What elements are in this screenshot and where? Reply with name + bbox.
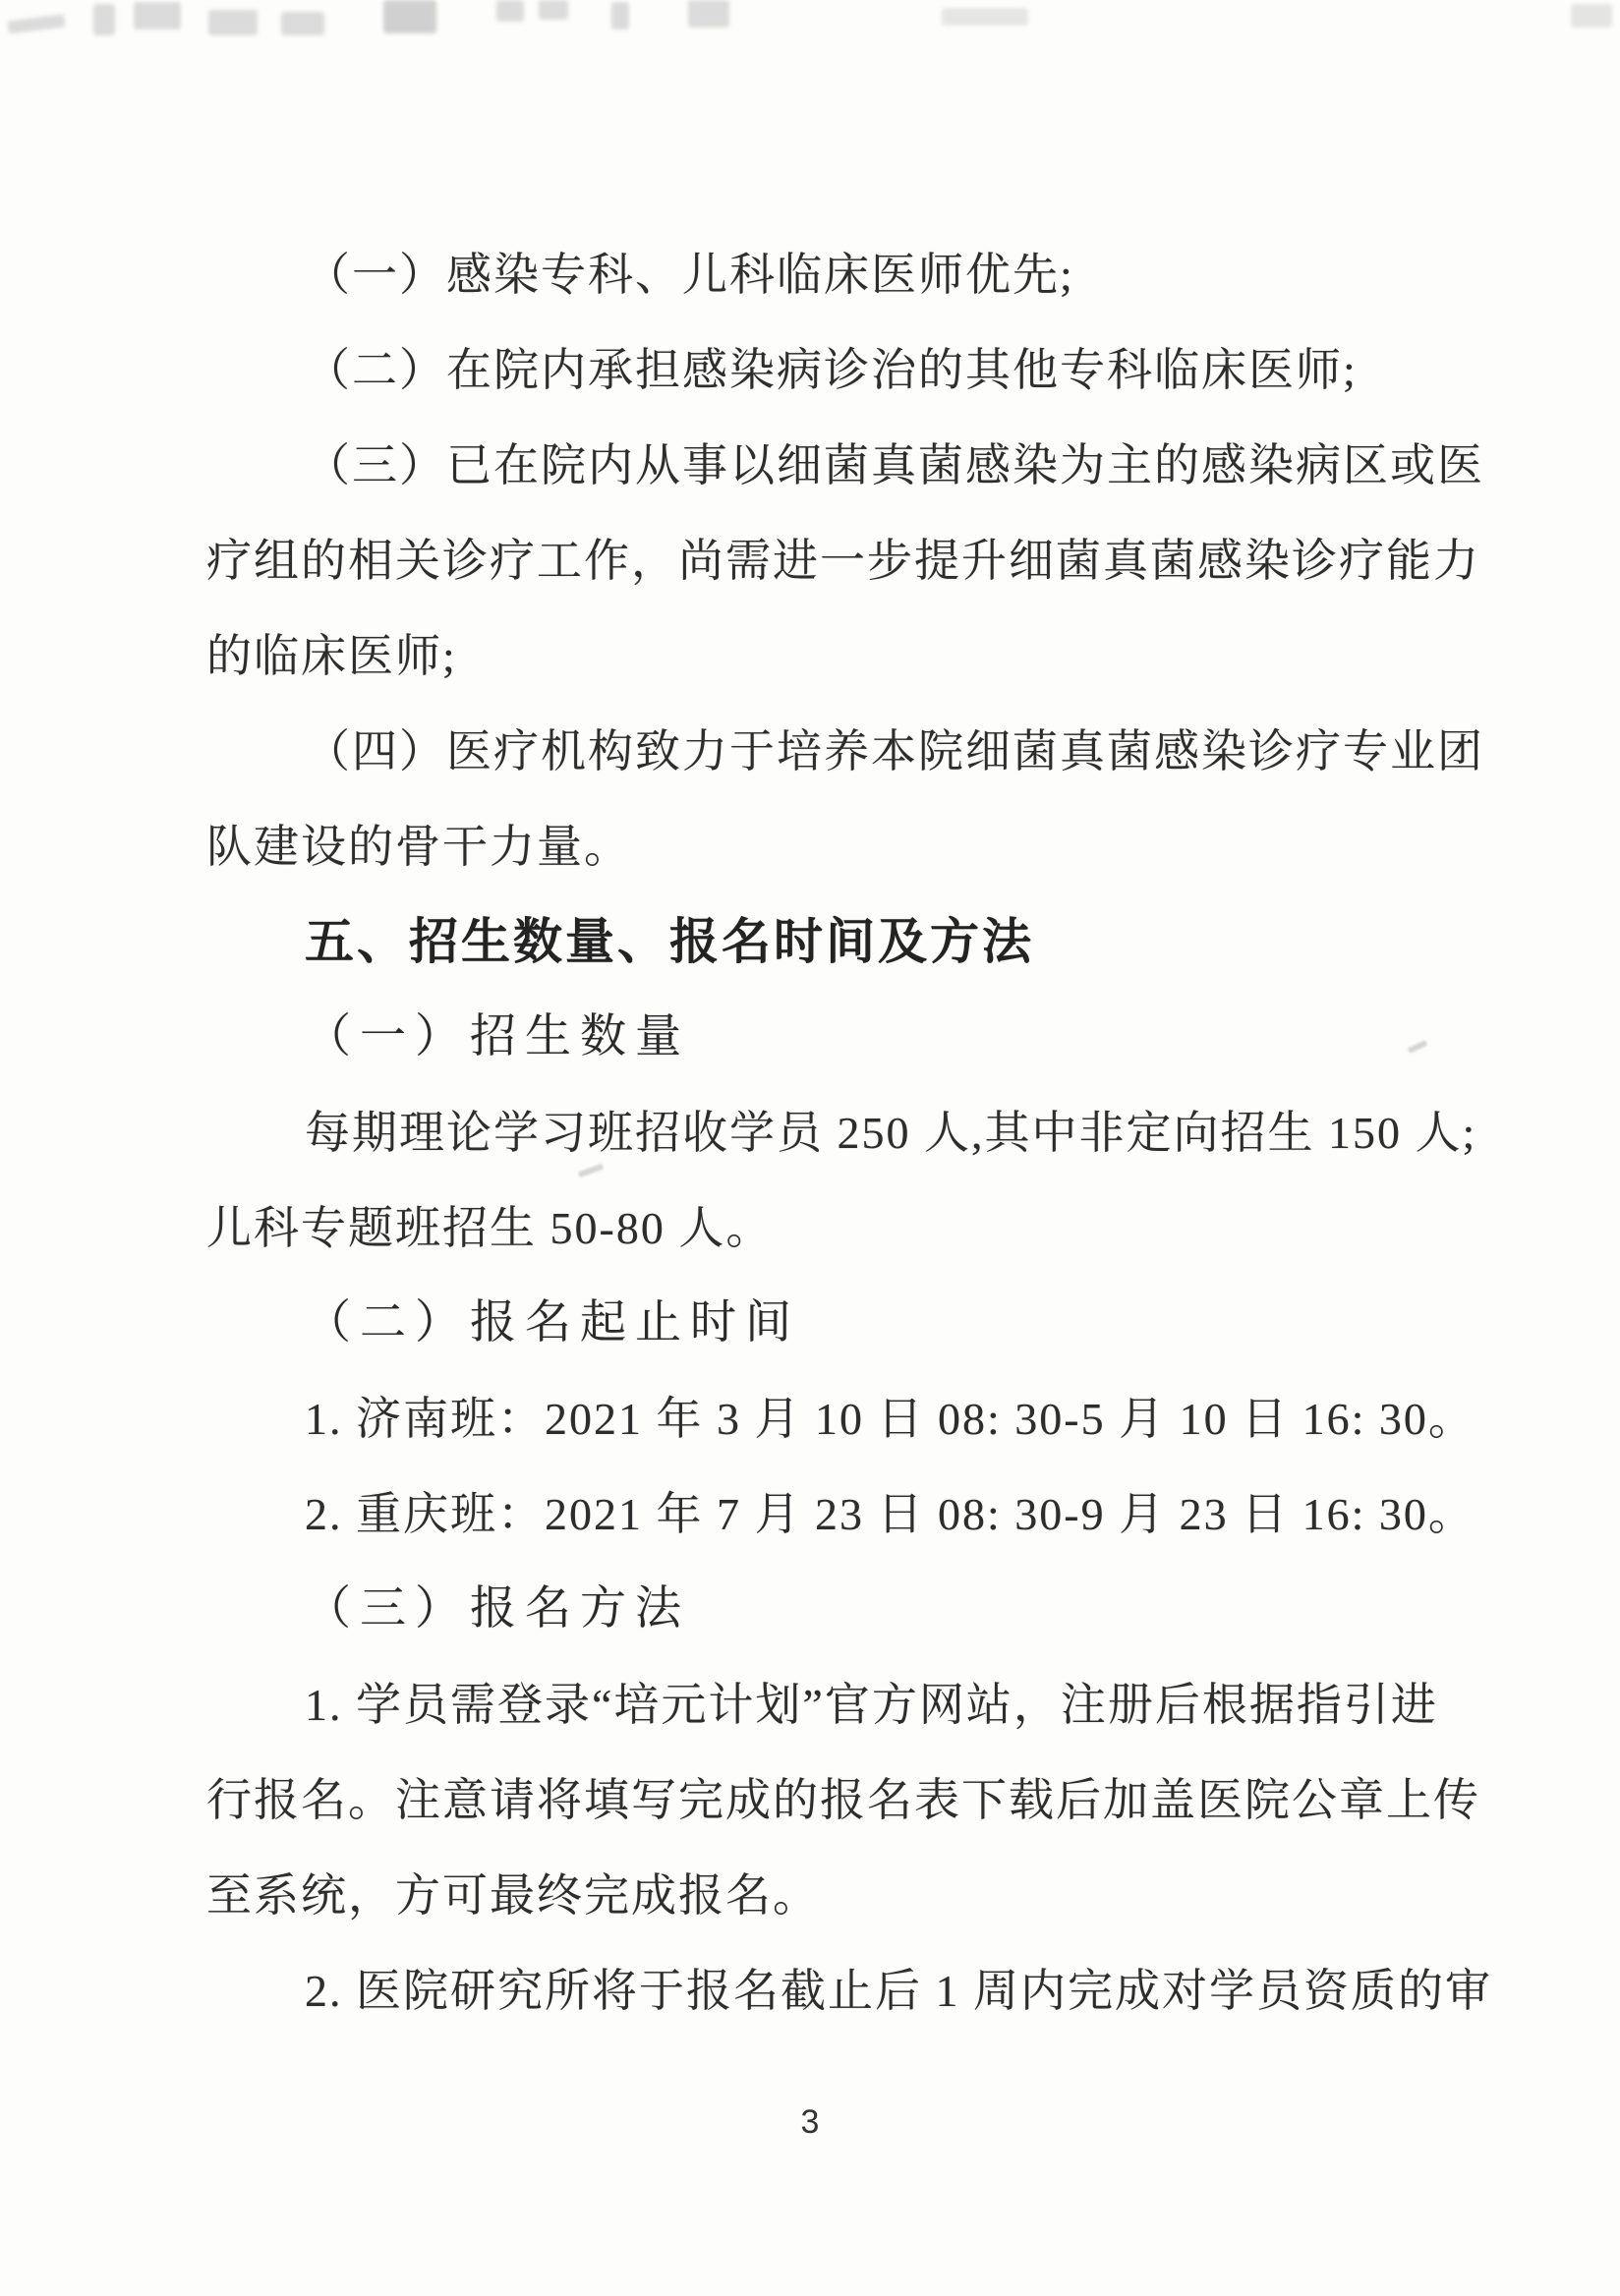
text-line: （四）医疗机构致力于培养本院细菌真菌感染诊疗专业团 bbox=[206, 704, 1417, 799]
text-line: 2. 重庆班：2021 年 7 月 23 日 08: 30-9 月 23 日 1… bbox=[206, 1466, 1417, 1562]
scan-smudge bbox=[93, 4, 115, 35]
sub-heading: （二）报名起止时间 bbox=[206, 1276, 1417, 1371]
sub-heading: （三）报名方法 bbox=[206, 1562, 1417, 1657]
text-line: 每期理论学习班招收学员 250 人,其中非定向招生 150 人; bbox=[206, 1085, 1417, 1180]
scan-smudge bbox=[942, 8, 1028, 26]
page-number: 3 bbox=[0, 2103, 1620, 2142]
text-line: 儿科专题班招生 50-80 人。 bbox=[206, 1180, 1417, 1276]
text-line: 行报名。注意请将填写完成的报名表下载后加盖医院公章上传 bbox=[206, 1752, 1417, 1848]
text-line: 的临床医师; bbox=[206, 608, 1417, 704]
scan-smudge bbox=[383, 0, 436, 33]
text-line: 2. 医院研究所将于报名截止后 1 周内完成对学员资质的审 bbox=[206, 1943, 1417, 2038]
scan-smudge bbox=[1571, 4, 1612, 28]
document-body: （一）感染专科、儿科临床医师优先;（二）在院内承担感染病诊治的其他专科临床医师;… bbox=[206, 227, 1417, 2038]
text-line: 至系统，方可最终完成报名。 bbox=[206, 1848, 1417, 1943]
sub-heading: （一）招生数量 bbox=[206, 990, 1417, 1085]
text-line: 1. 学员需登录“培元计划”官方网站，注册后根据指引进 bbox=[206, 1657, 1417, 1752]
scan-smudge bbox=[539, 0, 568, 20]
section-heading: 五、招生数量、报名时间及方法 bbox=[206, 894, 1417, 990]
scan-smudge bbox=[281, 12, 324, 35]
text-line: 疗组的相关诊疗工作，尚需进一步提升细菌真菌感染诊疗能力 bbox=[206, 513, 1417, 608]
text-line: （二）在院内承担感染病诊治的其他专科临床医师; bbox=[206, 322, 1417, 418]
scan-smudge bbox=[611, 2, 629, 29]
text-line: 队建设的骨干力量。 bbox=[206, 799, 1417, 894]
scan-smudge bbox=[208, 10, 258, 35]
scan-smudge bbox=[688, 0, 729, 28]
text-line: （一）感染专科、儿科临床医师优先; bbox=[206, 227, 1417, 322]
text-line: 1. 济南班：2021 年 3 月 10 日 08: 30-5 月 10 日 1… bbox=[206, 1371, 1417, 1466]
document-page: （一）感染专科、儿科临床医师优先;（二）在院内承担感染病诊治的其他专科临床医师;… bbox=[0, 0, 1620, 2296]
scan-smudge bbox=[7, 15, 65, 34]
scan-smudge bbox=[496, 0, 524, 22]
scan-smudge bbox=[134, 2, 181, 29]
text-line: （三）已在院内从事以细菌真菌感染为主的感染病区或医 bbox=[206, 418, 1417, 513]
